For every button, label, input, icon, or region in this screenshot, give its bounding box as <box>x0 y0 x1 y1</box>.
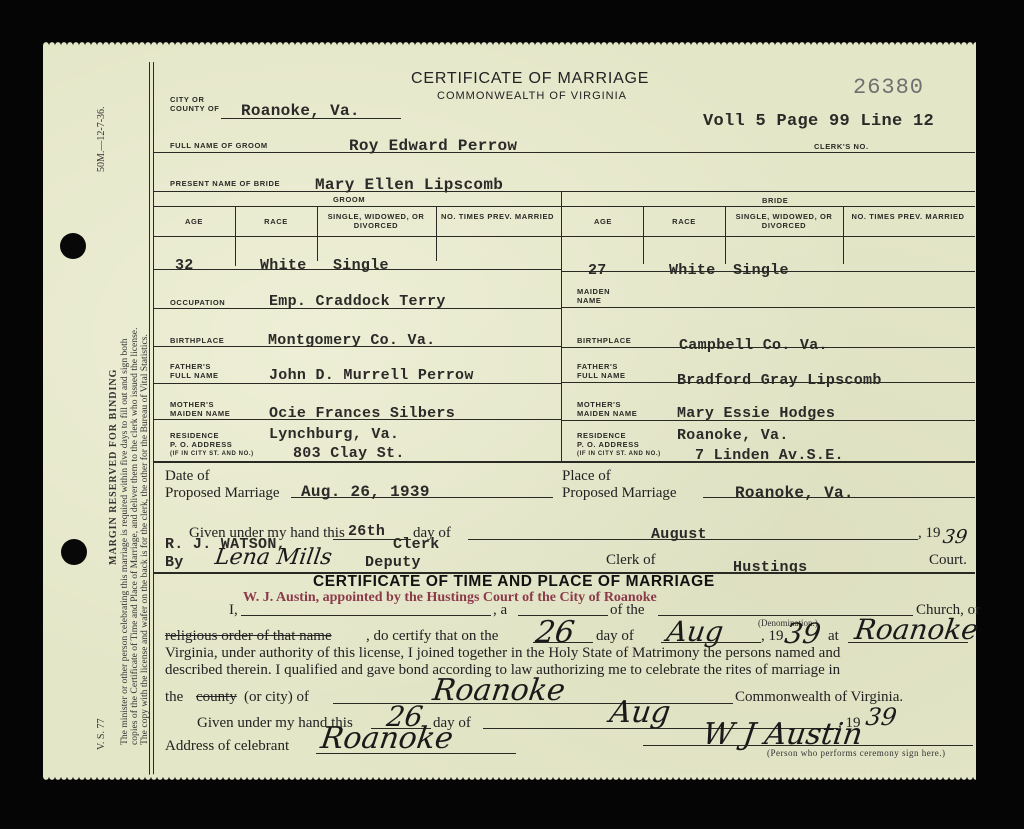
bride-name-label: Present Name of Bride <box>170 179 280 188</box>
celebration-month: Aug <box>665 615 726 648</box>
bride-birthplace-label: Birthplace <box>577 336 631 345</box>
groom-row-line <box>153 269 561 270</box>
groom-bride-divider <box>561 191 562 463</box>
bride-residence-label-3: (if in city st. and no.) <box>577 450 661 459</box>
city-label: City or <box>170 95 204 104</box>
certificate-title: CERTIFICATE OF MARRIAGE <box>411 70 649 88</box>
groom-age-header: Age <box>153 217 235 226</box>
bride-father-label-1: Father's <box>577 362 618 371</box>
clerk-of-label: Clerk of <box>606 552 656 569</box>
bride-father: Bradford Gray Lipscomb <box>677 372 882 389</box>
groom-race: White <box>260 257 307 274</box>
form-code: 50M.—12-7-36. <box>96 106 107 172</box>
at-label: at <box>828 628 839 645</box>
proposed-date-line <box>291 497 553 498</box>
bride-birthplace: Campbell Co. Va. <box>679 337 828 354</box>
celebration-day-of: day of <box>596 628 634 645</box>
proposed-place: Roanoke, Va. <box>735 484 854 502</box>
deputy-signature: Lena Mills <box>213 545 333 570</box>
bride-age-header: Age <box>563 217 643 226</box>
groom-mother-label-1: Mother's <box>170 400 214 409</box>
celebrant-given-month: Aug <box>608 695 673 730</box>
groom-residence-label-3: (if in city st. and no.) <box>170 450 254 459</box>
license-given-day: 26th <box>348 523 385 540</box>
groom-header-line <box>153 236 561 237</box>
proposed-date: Aug. 26, 1939 <box>301 483 430 501</box>
the-label: the <box>165 689 183 706</box>
bride-mother-label-2: Maiden Name <box>577 409 637 418</box>
license-given-year: 39 <box>941 526 968 548</box>
license-year-prefix: , 19 <box>918 525 941 542</box>
bride-times-header: No. Times Prev. Married <box>843 212 973 221</box>
celebration-year-prefix: , 19 <box>761 628 784 645</box>
groom-col-line-2 <box>317 206 318 261</box>
groom-mother-label-2: Maiden Name <box>170 409 230 418</box>
bride-residence-city: Roanoke, Va. <box>677 427 789 444</box>
license-month-line <box>468 539 918 540</box>
i-label: I, <box>229 602 238 619</box>
groom-father: John D. Murrell Perrow <box>269 367 474 384</box>
groom-residence-city: Lynchburg, Va. <box>269 426 399 443</box>
groom-age: 32 <box>175 257 194 274</box>
groom-birthplace-line <box>153 346 561 347</box>
place-label-1: Place of <box>562 468 611 485</box>
groom-father-line <box>153 383 561 384</box>
celebrant-signature: W J Austin <box>701 717 865 752</box>
celebrant-given-year: 39 <box>864 703 898 731</box>
officiant-line <box>241 615 491 616</box>
bride-row-line <box>561 271 975 272</box>
groom-residence-street: 803 Clay St. <box>293 445 405 462</box>
religious-order-struck: religious order of that name <box>165 628 332 645</box>
date-label-1: Date of <box>165 468 210 485</box>
groom-name-label: Full Name of Groom <box>170 141 268 150</box>
city-underline <box>221 118 401 119</box>
section-header-line <box>153 206 975 207</box>
bride-status-header: Single, Widowed, or Divorced <box>725 212 843 230</box>
bride-father-label-2: Full Name <box>577 371 626 380</box>
address-label: Address of celebrant <box>165 738 289 755</box>
bride-maiden-label-2: Name <box>577 296 601 305</box>
bride-col-line-3 <box>843 206 844 264</box>
certificate-paper: 50M.—12-7-36. V. S. 77 MARGIN RESERVED F… <box>43 45 976 777</box>
date-label-2: Proposed Marriage <box>165 485 280 502</box>
bride-mother-line <box>561 420 975 421</box>
bride-col-line-1 <box>643 206 644 264</box>
bride-section-label: BRIDE <box>762 196 788 205</box>
celebration-day-line <box>533 642 593 643</box>
groom-residence-label-1: Residence <box>170 431 219 440</box>
groom-birthplace-label: Birthplace <box>170 336 224 345</box>
deputy-label: Deputy <box>365 554 421 571</box>
groom-occupation-label: Occupation <box>170 298 225 307</box>
signature-line <box>643 745 973 746</box>
certificate-number: 26380 <box>853 75 924 100</box>
signature-label: (Person who performs ceremony sign here.… <box>767 748 945 758</box>
margin-border-line <box>149 62 150 777</box>
groom-occupation-line <box>153 308 561 309</box>
bride-name-line <box>153 191 975 192</box>
address-value: Roanoke <box>319 721 456 756</box>
clerks-no-label: Clerk's No. <box>814 142 869 151</box>
body-line-1: Virginia, under authority of this licens… <box>165 645 840 662</box>
bride-residence-label-1: Residence <box>577 431 626 440</box>
groom-status-header: Single, Widowed, or Divorced <box>317 212 435 230</box>
bride-maiden-label-1: Maiden <box>577 287 610 296</box>
bride-residence-label-2: P. O. Address <box>577 440 639 449</box>
a-label: , a <box>493 602 507 619</box>
binding-hole-bottom <box>61 539 87 565</box>
clerk-title: Clerk <box>393 536 440 553</box>
celebration-title: CERTIFICATE OF TIME AND PLACE OF MARRIAG… <box>313 573 715 591</box>
bride-col-line-2 <box>725 206 726 264</box>
form-id: V. S. 77 <box>96 719 107 751</box>
bride-header-line <box>561 236 975 237</box>
groom-mother-line <box>153 419 561 420</box>
by-label: By <box>165 554 184 571</box>
county-struck: county <box>196 689 237 706</box>
groom-race-header: Race <box>235 217 317 226</box>
groom-status: Single <box>333 257 389 274</box>
certificate-subtitle: COMMONWEALTH OF VIRGINIA <box>437 90 627 102</box>
address-line <box>316 753 516 754</box>
bride-race-header: Race <box>643 217 725 226</box>
groom-residence-label-2: P. O. Address <box>170 440 232 449</box>
binding-hole-top <box>60 233 86 259</box>
or-city-label: (or city) of <box>244 689 309 706</box>
court-label: Court. <box>929 552 967 569</box>
groom-father-label-2: Full Name <box>170 371 219 380</box>
groom-father-label-1: Father's <box>170 362 211 371</box>
register-reference: Voll 5 Page 99 Line 12 <box>703 112 934 131</box>
celebration-month-line <box>661 642 761 643</box>
binding-title: MARGIN RESERVED FOR BINDING <box>108 369 119 565</box>
groom-section-label: GROOM <box>333 195 365 204</box>
license-given-month: August <box>651 526 707 543</box>
bride-father-line <box>561 382 975 383</box>
proposed-place-line <box>703 497 975 498</box>
place-label-2: Proposed Marriage <box>562 485 677 502</box>
certify-text: , do certify that on the <box>366 628 498 645</box>
of-the-label: of the <box>610 602 645 619</box>
residence-bottom-line <box>153 461 975 463</box>
bride-maiden-line <box>561 307 975 308</box>
celebration-place-line <box>848 642 968 643</box>
bride-birthplace-line <box>561 347 975 348</box>
groom-col-line-3 <box>436 206 437 261</box>
bride-mother-label-1: Mother's <box>577 400 621 409</box>
officiant-stamp: W. J. Austin, appointed by the Hustings … <box>243 590 657 606</box>
county-label: County of <box>170 104 219 113</box>
groom-times-header: No. Times Prev. Married <box>436 212 559 221</box>
groom-name-line <box>153 152 975 153</box>
